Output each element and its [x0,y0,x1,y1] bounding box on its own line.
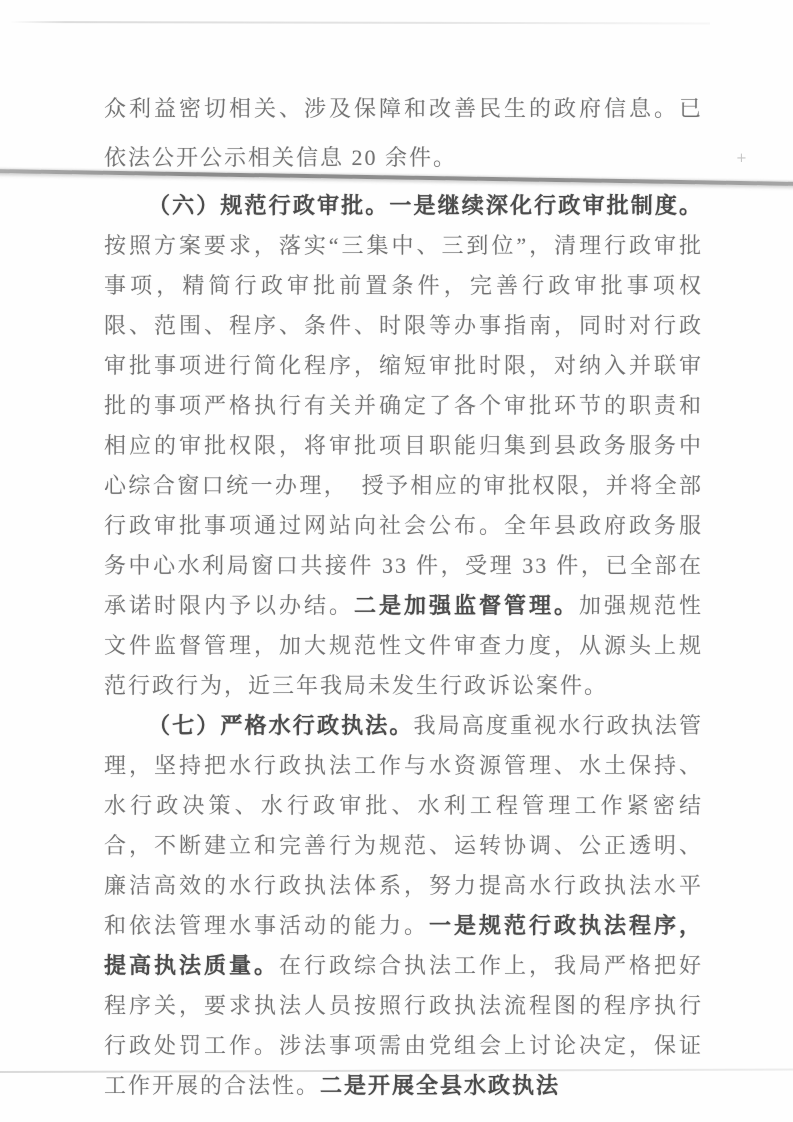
document-body: 众利益密切相关、涉及保障和改善民生的政府信息。已依法公开公示相关信息 20 余件… [104,84,703,1106]
scan-artifact-cross-mark: + [736,152,747,165]
bold-text-segment: 二是开展全县水政执法 [320,1073,560,1098]
text-segment: 按照方案要求，落实“三集中、三到位”，清理行政审批事项，精简行政审批前置条件，完… [104,233,703,618]
scanned-page: + 众利益密切相关、涉及保障和改善民生的政府信息。已依法公开公示相关信息 20 … [0,0,793,1122]
bold-text-segment: （七）严格水行政执法。 [148,713,414,738]
paragraph: 众利益密切相关、涉及保障和改善民生的政府信息。已依法公开公示相关信息 20 余件… [104,84,703,182]
text-segment: 我局高度重视水行政执法管理，坚持把水行政执法工作与水资源管理、水土保持、水行政决… [104,713,703,938]
bold-text-segment: （六）规范行政审批。一是继续深化行政审批制度。 [148,193,703,218]
paragraph: （六）规范行政审批。一是继续深化行政审批制度。按照方案要求，落实“三集中、三到位… [104,186,703,706]
bold-text-segment: 二是加强监督管理。 [354,593,579,618]
paragraph: （七）严格水行政执法。我局高度重视水行政执法管理，坚持把水行政执法工作与水资源管… [104,706,703,1106]
scan-artifact-top-line [10,21,710,24]
text-segment: 众利益密切相关、涉及保障和改善民生的政府信息。已依法公开公示相关信息 20 余件… [104,96,703,170]
